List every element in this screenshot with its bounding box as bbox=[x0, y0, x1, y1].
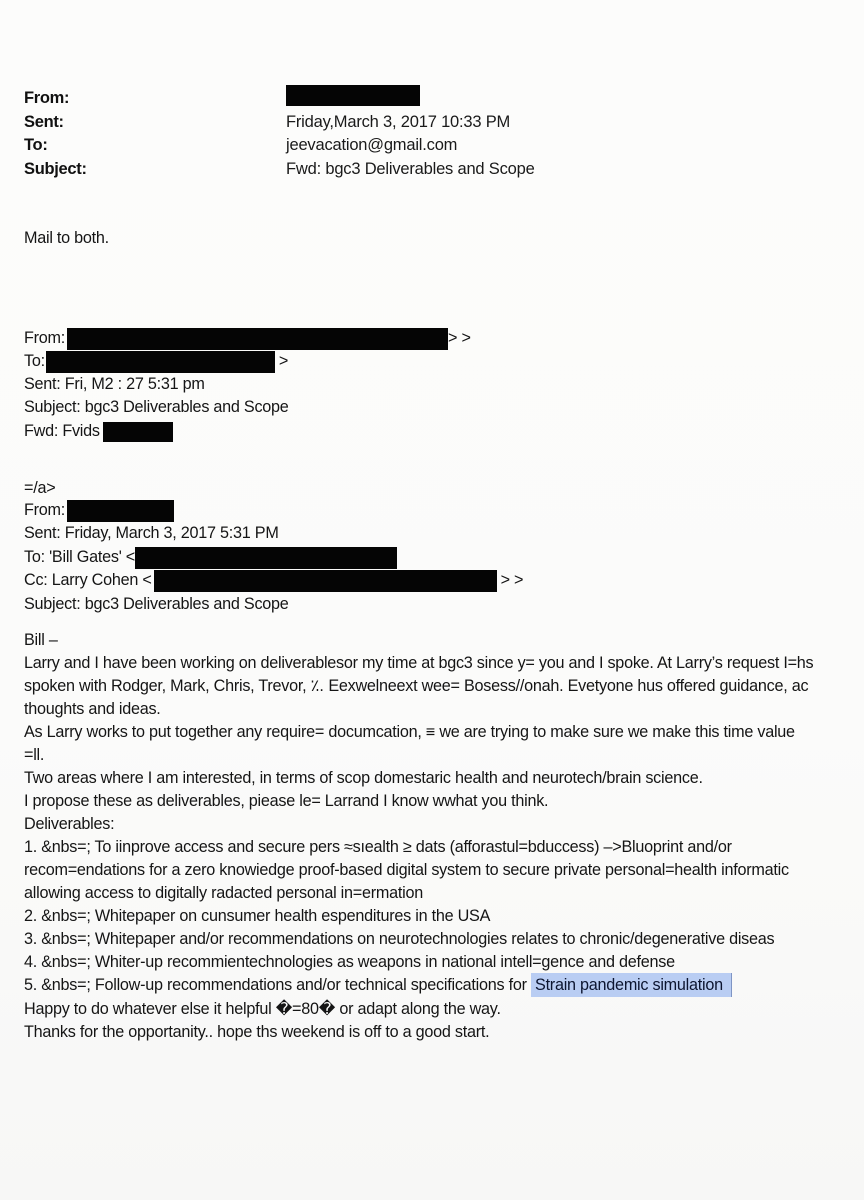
note-text: Mail to both. bbox=[24, 226, 109, 250]
email-document-page: From: Sent: Friday,March 3, 2017 10:33 P… bbox=[0, 0, 864, 1200]
header-row-subject: Subject: Fwd: bgc3 Deliverables and Scop… bbox=[24, 158, 844, 182]
redaction-box bbox=[67, 500, 174, 522]
fwd1-to-suffix: > bbox=[279, 352, 288, 370]
deliverable-item-1: 1. &nbs=; To iinprove access and secure … bbox=[24, 835, 732, 859]
to-value: jeevacation@gmail.com bbox=[286, 134, 457, 158]
fwd1-fwd-line: Fwd: Fvids bbox=[24, 419, 173, 443]
redaction-box bbox=[135, 547, 397, 569]
closing-line: Happy to do whatever else it helpful �=8… bbox=[24, 997, 501, 1021]
closing-line: Thanks for the opportanity.. hope ths we… bbox=[24, 1020, 489, 1044]
header-row-sent: Sent: Friday,March 3, 2017 10:33 PM bbox=[24, 111, 844, 135]
deliverable-item-1-cont: recom=endations for a zero knowiedge pro… bbox=[24, 858, 789, 882]
sent-value: Friday,March 3, 2017 10:33 PM bbox=[286, 111, 510, 135]
fwd1-to-line: To:> bbox=[24, 349, 288, 373]
redaction-box bbox=[46, 351, 275, 373]
subject-value: Fwd: bgc3 Deliverables and Scope bbox=[286, 158, 535, 182]
fwd1-subject-line: Subject: bgc3 Deliverables and Scope bbox=[24, 395, 289, 419]
header-row-from: From: bbox=[24, 87, 844, 111]
fwd1-from-suffix: > > bbox=[448, 329, 471, 347]
from-value-redacted bbox=[286, 87, 420, 111]
redaction-box bbox=[103, 422, 173, 442]
outer-email-header: From: Sent: Friday,March 3, 2017 10:33 P… bbox=[24, 87, 844, 181]
body-line: thoughts and ideas. bbox=[24, 697, 161, 721]
deliverables-heading: Deliverables: bbox=[24, 812, 114, 836]
body-line: =ll. bbox=[24, 743, 44, 767]
deliverable-item-2: 2. &nbs=; Whitepaper on cunsumer health … bbox=[24, 904, 490, 928]
fwd1-from-line: From:> > bbox=[24, 326, 471, 350]
deliverable-item-1-cont: allowing access to digitally radacted pe… bbox=[24, 881, 423, 905]
fwd2-cc-line: Cc: Larry Cohen <> > bbox=[24, 568, 523, 592]
to-label: To: bbox=[24, 134, 48, 158]
fwd1-fwd-label: Fwd: Fvids bbox=[24, 422, 100, 440]
body-line: I propose these as deliverables, piease … bbox=[24, 789, 548, 813]
fwd1-to-label: To: bbox=[24, 352, 45, 370]
fwd2-to-label: To: 'Bill Gates' < bbox=[24, 548, 135, 566]
redaction-box bbox=[154, 570, 497, 592]
redaction-box bbox=[67, 328, 448, 350]
fwd2-to-line: To: 'Bill Gates' < bbox=[24, 545, 397, 569]
fwd2-cc-suffix: > > bbox=[501, 571, 524, 589]
body-line: As Larry works to put together any requi… bbox=[24, 720, 795, 744]
fwd2-from-label: From: bbox=[24, 501, 65, 519]
deliverable-item-4: 4. &nbs=; Whiter-up recommientechnologie… bbox=[24, 950, 675, 974]
sent-label: Sent: bbox=[24, 111, 64, 135]
fwd2-sent-line: Sent: Friday, March 3, 2017 5:31 PM bbox=[24, 521, 279, 545]
deliverable-item-5: 5. &nbs=; Follow-up recommendations and/… bbox=[24, 973, 732, 997]
fwd2-from-line: From: bbox=[24, 498, 174, 522]
redaction-box bbox=[286, 85, 420, 106]
greeting: Bill – bbox=[24, 628, 58, 652]
deliverable-item-5-text: 5. &nbs=; Follow-up recommendations and/… bbox=[24, 976, 531, 994]
fwd2-subject-line: Subject: bgc3 Deliverables and Scope bbox=[24, 592, 289, 616]
body-line: Two areas where I am interested, in term… bbox=[24, 766, 703, 790]
fwd2-anchor-line: =/a> bbox=[24, 476, 55, 500]
subject-label: Subject: bbox=[24, 158, 87, 182]
body-line: spoken with Rodger, Mark, Chris, Trevor,… bbox=[24, 674, 808, 698]
fwd2-cc-label: Cc: Larry Cohen < bbox=[24, 571, 152, 589]
from-label: From: bbox=[24, 87, 69, 111]
deliverable-item-3: 3. &nbs=; Whitepaper and/or recommendati… bbox=[24, 927, 774, 951]
header-row-to: To: jeevacation@gmail.com bbox=[24, 134, 844, 158]
body-line: Larry and I have been working on deliver… bbox=[24, 651, 813, 675]
fwd1-sent-line: Sent: Fri, M2 : 27 5:31 pm bbox=[24, 372, 205, 396]
highlighted-selection: Strain pandemic simulation bbox=[531, 973, 732, 997]
fwd1-from-label: From: bbox=[24, 329, 65, 347]
